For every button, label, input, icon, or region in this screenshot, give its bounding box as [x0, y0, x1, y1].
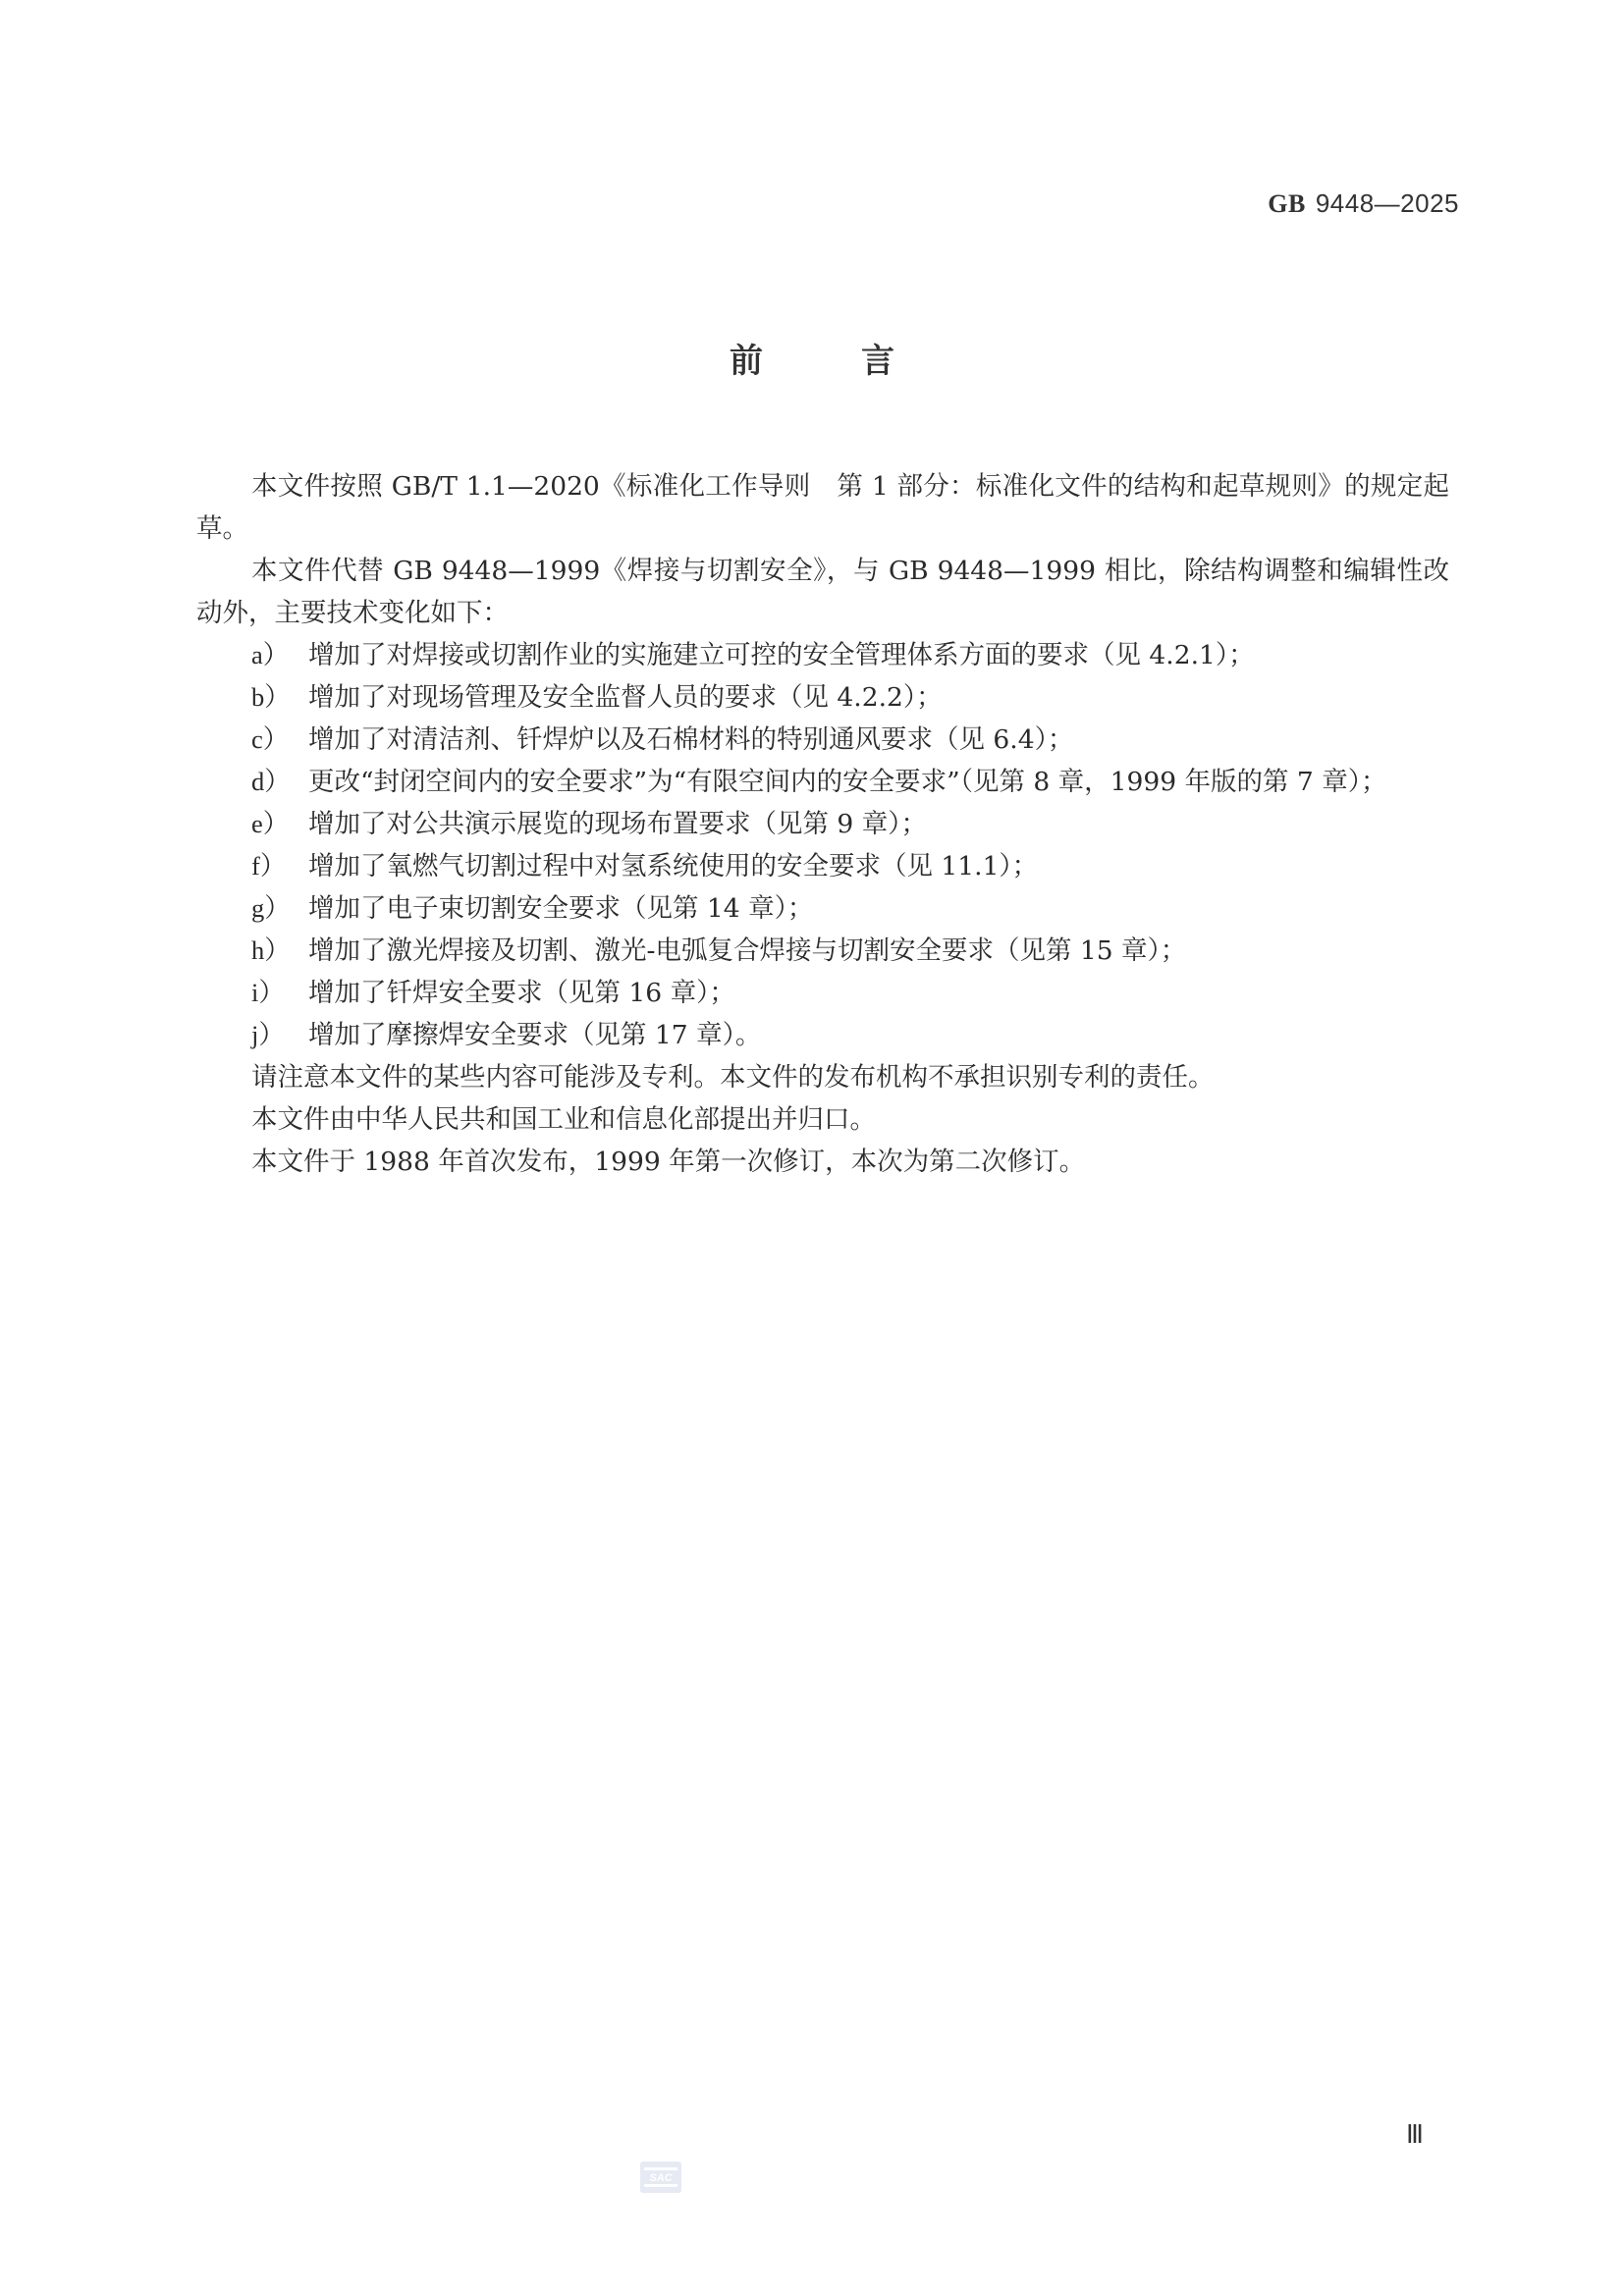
list-item: b）增加了对现场管理及安全监督人员的要求（见 4.2.2）； [196, 676, 1449, 719]
item-text: 增加了激光焊接及切割、激光-电弧复合焊接与切割安全要求（见第 15 章）； [308, 930, 1449, 972]
item-label: j） [251, 1014, 308, 1056]
item-text: 增加了电子束切割安全要求（见第 14 章）； [308, 887, 1449, 930]
list-item: a）增加了对焊接或切割作业的实施建立可控的安全管理体系方面的要求（见 4.2.1… [196, 634, 1449, 676]
item-label: g） [251, 887, 308, 930]
item-text: 增加了摩擦焊安全要求（见第 17 章）。 [308, 1014, 1449, 1056]
item-label: h） [251, 930, 308, 972]
paragraph-drafting-rules: 本文件按照 GB/T 1.1—2020《标准化工作导则 第 1 部分：标准化文件… [196, 465, 1449, 550]
item-text: 增加了氧燃气切割过程中对氢系统使用的安全要求（见 11.1）； [308, 845, 1449, 887]
list-item: g）增加了电子束切割安全要求（见第 14 章）； [196, 887, 1449, 930]
foreword-body: 本文件按照 GB/T 1.1—2020《标准化工作导则 第 1 部分：标准化文件… [196, 465, 1449, 1183]
standard-number: 9448—2025 [1316, 188, 1459, 218]
list-item: h）增加了激光焊接及切割、激光-电弧复合焊接与切割安全要求（见第 15 章）； [196, 930, 1449, 972]
list-item: e）增加了对公共演示展览的现场布置要求（见第 9 章）； [196, 803, 1449, 845]
svg-text:SAC: SAC [649, 2172, 673, 2184]
list-item: i）增加了钎焊安全要求（见第 16 章）； [196, 972, 1449, 1014]
item-text: 更改“封闭空间内的安全要求”为“有限空间内的安全要求”（见第 8 章，1999 … [308, 761, 1449, 803]
list-item: f）增加了氧燃气切割过程中对氢系统使用的安全要求（见 11.1）； [196, 845, 1449, 887]
paragraph-replacement: 本文件代替 GB 9448—1999《焊接与切割安全》，与 GB 9448—19… [196, 550, 1449, 634]
title-char-1: 前 [730, 334, 763, 382]
item-label: c） [251, 719, 308, 761]
item-text: 增加了对清洁剂、钎焊炉以及石棉材料的特别通风要求（见 6.4）； [308, 719, 1449, 761]
page-title: 前言 [0, 334, 1624, 382]
item-text: 增加了钎焊安全要求（见第 16 章）； [308, 972, 1449, 1014]
sac-logo-icon: SAC [640, 2162, 681, 2193]
paragraph-patent-notice: 请注意本文件的某些内容可能涉及专利。本文件的发布机构不承担识别专利的责任。 [196, 1056, 1449, 1098]
item-text: 增加了对现场管理及安全监督人员的要求（见 4.2.2）； [308, 676, 1449, 719]
item-label: a） [251, 634, 308, 676]
item-label: f） [251, 845, 308, 887]
paragraph-proposer: 本文件由中华人民共和国工业和信息化部提出并归口。 [196, 1098, 1449, 1141]
title-char-2: 言 [861, 334, 894, 382]
list-item: d）更改“封闭空间内的安全要求”为“有限空间内的安全要求”（见第 8 章，199… [196, 761, 1449, 803]
standard-prefix: GB [1268, 189, 1306, 218]
document-code: GB9448—2025 [1268, 188, 1459, 219]
list-item: c）增加了对清洁剂、钎焊炉以及石棉材料的特别通风要求（见 6.4）； [196, 719, 1449, 761]
list-item: j）增加了摩擦焊安全要求（见第 17 章）。 [196, 1014, 1449, 1056]
item-label: i） [251, 972, 308, 1014]
changes-list: a）增加了对焊接或切割作业的实施建立可控的安全管理体系方面的要求（见 4.2.1… [196, 634, 1449, 1056]
item-text: 增加了对焊接或切割作业的实施建立可控的安全管理体系方面的要求（见 4.2.1）； [308, 634, 1449, 676]
item-label: d） [251, 761, 308, 803]
item-label: e） [251, 803, 308, 845]
page-number: Ⅲ [1406, 2120, 1422, 2150]
item-label: b） [251, 676, 308, 719]
paragraph-history: 本文件于 1988 年首次发布，1999 年第一次修订，本次为第二次修订。 [196, 1141, 1449, 1183]
item-text: 增加了对公共演示展览的现场布置要求（见第 9 章）； [308, 803, 1449, 845]
